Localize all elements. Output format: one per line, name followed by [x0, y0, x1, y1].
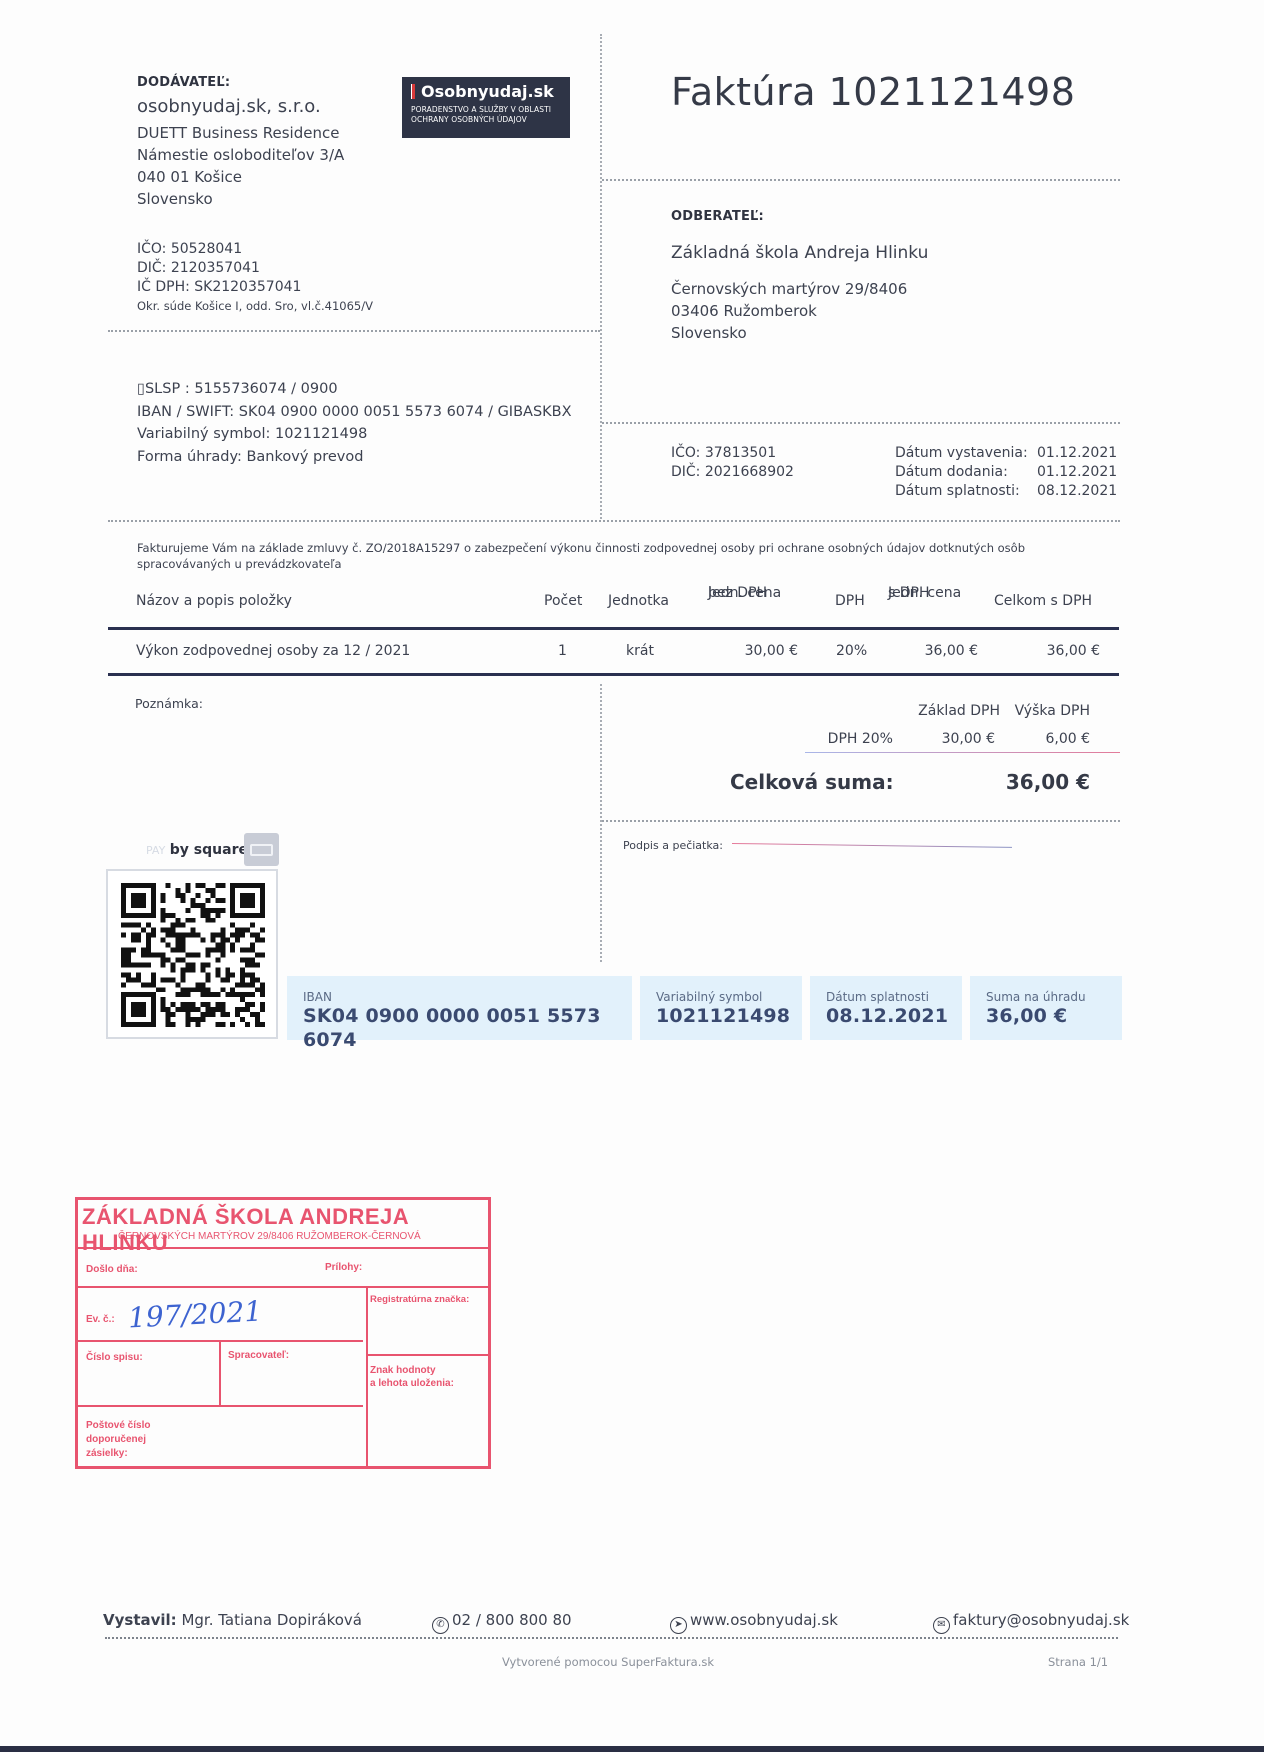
table-rule: [108, 627, 1119, 630]
scan-edge: [0, 1746, 1264, 1752]
note-label: Poznámka:: [135, 696, 203, 712]
col-label: s DPH: [888, 583, 930, 603]
cell-qty: 1: [558, 643, 567, 659]
stamp-value-sign: Znak hodnotya lehota uloženia:: [370, 1364, 454, 1390]
supplier-ids: IČO: 50528041 DIČ: 2120357041 IČ DPH: SK…: [137, 240, 373, 316]
card-icon: [244, 833, 279, 866]
payment-due: Dátum splatnosti 08.12.2021: [810, 976, 962, 1040]
divider-header-bottom: [108, 520, 1120, 522]
bank-details: ▯SLSP : 5155736074 / 0900 IBAN / SWIFT: …: [137, 378, 572, 468]
qr-code-frame: [106, 869, 278, 1039]
footer-issued-by: Vystavil: Mgr. Tatiana Dopiráková: [103, 1611, 362, 1629]
date-row: Dátum vystavenia:01.12.2021: [895, 444, 1117, 463]
pay-by-square-label: PAY by square: [146, 842, 248, 858]
stamp-text: Poštové číslo: [86, 1419, 150, 1433]
phone-icon: ✆: [432, 1617, 449, 1634]
mail-icon: ✉: [933, 1617, 950, 1634]
stamp-received: Došlo dňa:: [86, 1264, 138, 1275]
payment-due-label: Dátum splatnosti: [826, 990, 946, 1004]
footer-divider: [105, 1637, 1118, 1639]
col-vat: DPH: [835, 593, 865, 609]
footer-web[interactable]: ➤www.osobnyudaj.sk: [670, 1611, 838, 1634]
payment-sum: Suma na úhradu 36,00 €: [970, 976, 1122, 1040]
date-row: Dátum splatnosti:08.12.2021: [895, 482, 1117, 501]
vat-header-amount: Výška DPH: [1010, 702, 1090, 721]
stamp-postal: Poštové číslodoporučenejzásielky:: [86, 1419, 150, 1461]
issued-by-name: Mgr. Tatiana Dopiráková: [181, 1611, 362, 1629]
divider-customer: [602, 422, 1120, 424]
vat-rule: [805, 752, 1120, 753]
total-label: Celková suma:: [730, 770, 894, 794]
intro-text: Fakturujeme Vám na základe zmluvy č. ZO/…: [137, 540, 1077, 572]
payment-vs-value: 1021121498: [656, 1004, 786, 1028]
bank-account: ▯SLSP : 5155736074 / 0900: [137, 378, 572, 401]
flag-icon: [411, 84, 415, 99]
vat-row-amount: 6,00 €: [1010, 730, 1090, 749]
payment-iban-label: IBAN: [303, 990, 616, 1004]
vertical-divider-bottom: [600, 684, 602, 962]
stamp-text: a lehota uloženia:: [370, 1377, 454, 1390]
supplier-registry: Okr. súde Košice I, odd. Sro, vl.č.41065…: [137, 297, 373, 316]
customer-address-line: Černovských martýrov 29/8406: [671, 278, 907, 300]
stamp-ev-label: Ev. č.:: [86, 1314, 115, 1325]
footer-phone: ✆02 / 800 800 80: [432, 1611, 572, 1634]
customer-ids: IČO: 37813501 DIČ: 2021668902: [671, 444, 794, 482]
issued-by-label: Vystavil:: [103, 1611, 177, 1629]
phone-text: 02 / 800 800 80: [452, 1611, 572, 1629]
col-total: Celkom s DPH: [994, 593, 1092, 609]
page-number: Strana 1/1: [1048, 1655, 1108, 1669]
col-qty: Počet: [544, 593, 582, 609]
vat-row-label: DPH 20%: [810, 730, 893, 749]
date-value: 01.12.2021: [1037, 463, 1117, 482]
supplier-name: osobnyudaj.sk, s.r.o.: [137, 96, 321, 117]
vat-row-base: 30,00 €: [910, 730, 995, 749]
stamp-subtitle: ČERNOVSKÝCH MARTÝROV 29/8406 RUŽOMBEROK-…: [118, 1231, 421, 1242]
customer-address: Černovských martýrov 29/8406 03406 Ružom…: [671, 278, 907, 344]
pay-label: PAY: [146, 844, 165, 857]
date-row: Dátum dodania:01.12.2021: [895, 463, 1117, 482]
stamp-text: doporučenej: [86, 1433, 150, 1447]
cell-vat: 20%: [836, 643, 867, 659]
stamp-file-no: Číslo spisu:: [86, 1352, 143, 1363]
signature-line: [732, 843, 1012, 848]
logo-name: Osobnyudaj.sk: [421, 82, 554, 101]
generator-text: Vytvorené pomocou SuperFaktura.sk: [502, 1655, 714, 1669]
divider-summary: [602, 820, 1120, 822]
footer-email[interactable]: ✉faktury@osobnyudaj.sk: [933, 1611, 1129, 1634]
cell-total: 36,00 €: [1008, 643, 1100, 659]
customer-dic: DIČ: 2021668902: [671, 463, 794, 482]
invoice-title: Faktúra 1021121498: [671, 70, 1075, 114]
date-value: 08.12.2021: [1037, 482, 1117, 501]
customer-name: Základná škola Andreja Hlinku: [671, 243, 928, 263]
stamp-text: zásielky:: [86, 1447, 150, 1461]
supplier-heading: DODÁVATEĽ:: [137, 75, 230, 90]
bank-payment-method: Forma úhrady: Bankový prevod: [137, 446, 572, 469]
customer-address-line: 03406 Ružomberok: [671, 300, 907, 322]
customer-address-line: Slovensko: [671, 322, 907, 344]
cell-price-vat: 36,00 €: [888, 643, 978, 659]
col-unit: Jednotka: [608, 593, 669, 609]
supplier-address: DUETT Business Residence Námestie oslobo…: [137, 122, 344, 210]
payment-vs: Variabilný symbol 1021121498: [640, 976, 802, 1040]
vat-header-base: Základ DPH: [910, 702, 1000, 721]
signature-label: Podpis a pečiatka:: [623, 839, 723, 852]
dates-block: Dátum vystavenia:01.12.2021 Dátum dodani…: [895, 444, 1117, 501]
payment-vs-label: Variabilný symbol: [656, 990, 786, 1004]
supplier-address-line: 040 01 Košice: [137, 166, 344, 188]
supplier-address-line: DUETT Business Residence: [137, 122, 344, 144]
cursor-icon: ➤: [670, 1617, 687, 1634]
customer-heading: ODBERATEĽ:: [671, 209, 764, 224]
table-rule: [108, 673, 1119, 676]
supplier-ic-dph: IČ DPH: SK2120357041: [137, 278, 373, 297]
vertical-divider-top: [600, 34, 602, 519]
web-link[interactable]: www.osobnyudaj.sk: [690, 1611, 838, 1629]
divider-title: [602, 179, 1120, 181]
bank-iban-swift: IBAN / SWIFT: SK04 0900 0000 0051 5573 6…: [137, 401, 572, 424]
payment-due-value: 08.12.2021: [826, 1004, 946, 1028]
customer-ico: IČO: 37813501: [671, 444, 794, 463]
logo-tagline: OCHRANY OSOBNÝCH ÚDAJOV: [411, 115, 561, 125]
stamp-attachments: Prílohy:: [325, 1262, 362, 1273]
stamp-processor: Spracovateľ:: [228, 1350, 289, 1361]
divider-supplier: [108, 330, 600, 332]
table-row: Výkon zodpovednej osoby za 12 / 2021 1 k…: [108, 643, 1119, 663]
company-logo: Osobnyudaj.sk PORADENSTVO A SLUŽBY V OBL…: [402, 77, 570, 138]
date-label: Dátum vystavenia:: [895, 444, 1037, 463]
payment-sum-label: Suma na úhradu: [986, 990, 1106, 1004]
date-label: Dátum dodania:: [895, 463, 1037, 482]
payment-iban-value: SK04 0900 0000 0051 5573 6074: [303, 1004, 616, 1052]
email-link[interactable]: faktury@osobnyudaj.sk: [953, 1611, 1129, 1629]
items-table-header: Názov a popis položky Počet Jednotka Jed…: [108, 583, 1119, 627]
bank-variable-symbol: Variabilný symbol: 1021121498: [137, 423, 572, 446]
logo-tagline: PORADENSTVO A SLUŽBY V OBLASTI: [411, 105, 561, 115]
supplier-address-line: Námestie osloboditeľov 3/A: [137, 144, 344, 166]
supplier-address-line: Slovensko: [137, 188, 344, 210]
supplier-dic: DIČ: 2120357041: [137, 259, 373, 278]
date-label: Dátum splatnosti:: [895, 482, 1037, 501]
date-value: 01.12.2021: [1037, 444, 1117, 463]
cell-price-no-vat: 30,00 €: [708, 643, 798, 659]
supplier-ico: IČO: 50528041: [137, 240, 373, 259]
qr-code: [120, 883, 266, 1027]
registry-stamp: ZÁKLADNÁ ŠKOLA ANDREJA HLINKU ČERNOVSKÝC…: [75, 1197, 491, 1469]
col-name: Názov a popis položky: [136, 593, 292, 609]
cell-unit: krát: [626, 643, 654, 659]
payment-sum-value: 36,00 €: [986, 1004, 1106, 1028]
stamp-reg-mark: Registratúrna značka:: [370, 1294, 469, 1305]
total-value: 36,00 €: [960, 770, 1090, 794]
col-label: bez DPH: [708, 583, 767, 603]
cell-name: Výkon zodpovednej osoby za 12 / 2021: [136, 643, 410, 659]
stamp-ev-value: 197/2021: [127, 1295, 263, 1335]
by-square-label: by square: [170, 842, 248, 858]
payment-iban: IBAN SK04 0900 0000 0051 5573 6074: [287, 976, 632, 1040]
stamp-text: Znak hodnoty: [370, 1364, 454, 1377]
